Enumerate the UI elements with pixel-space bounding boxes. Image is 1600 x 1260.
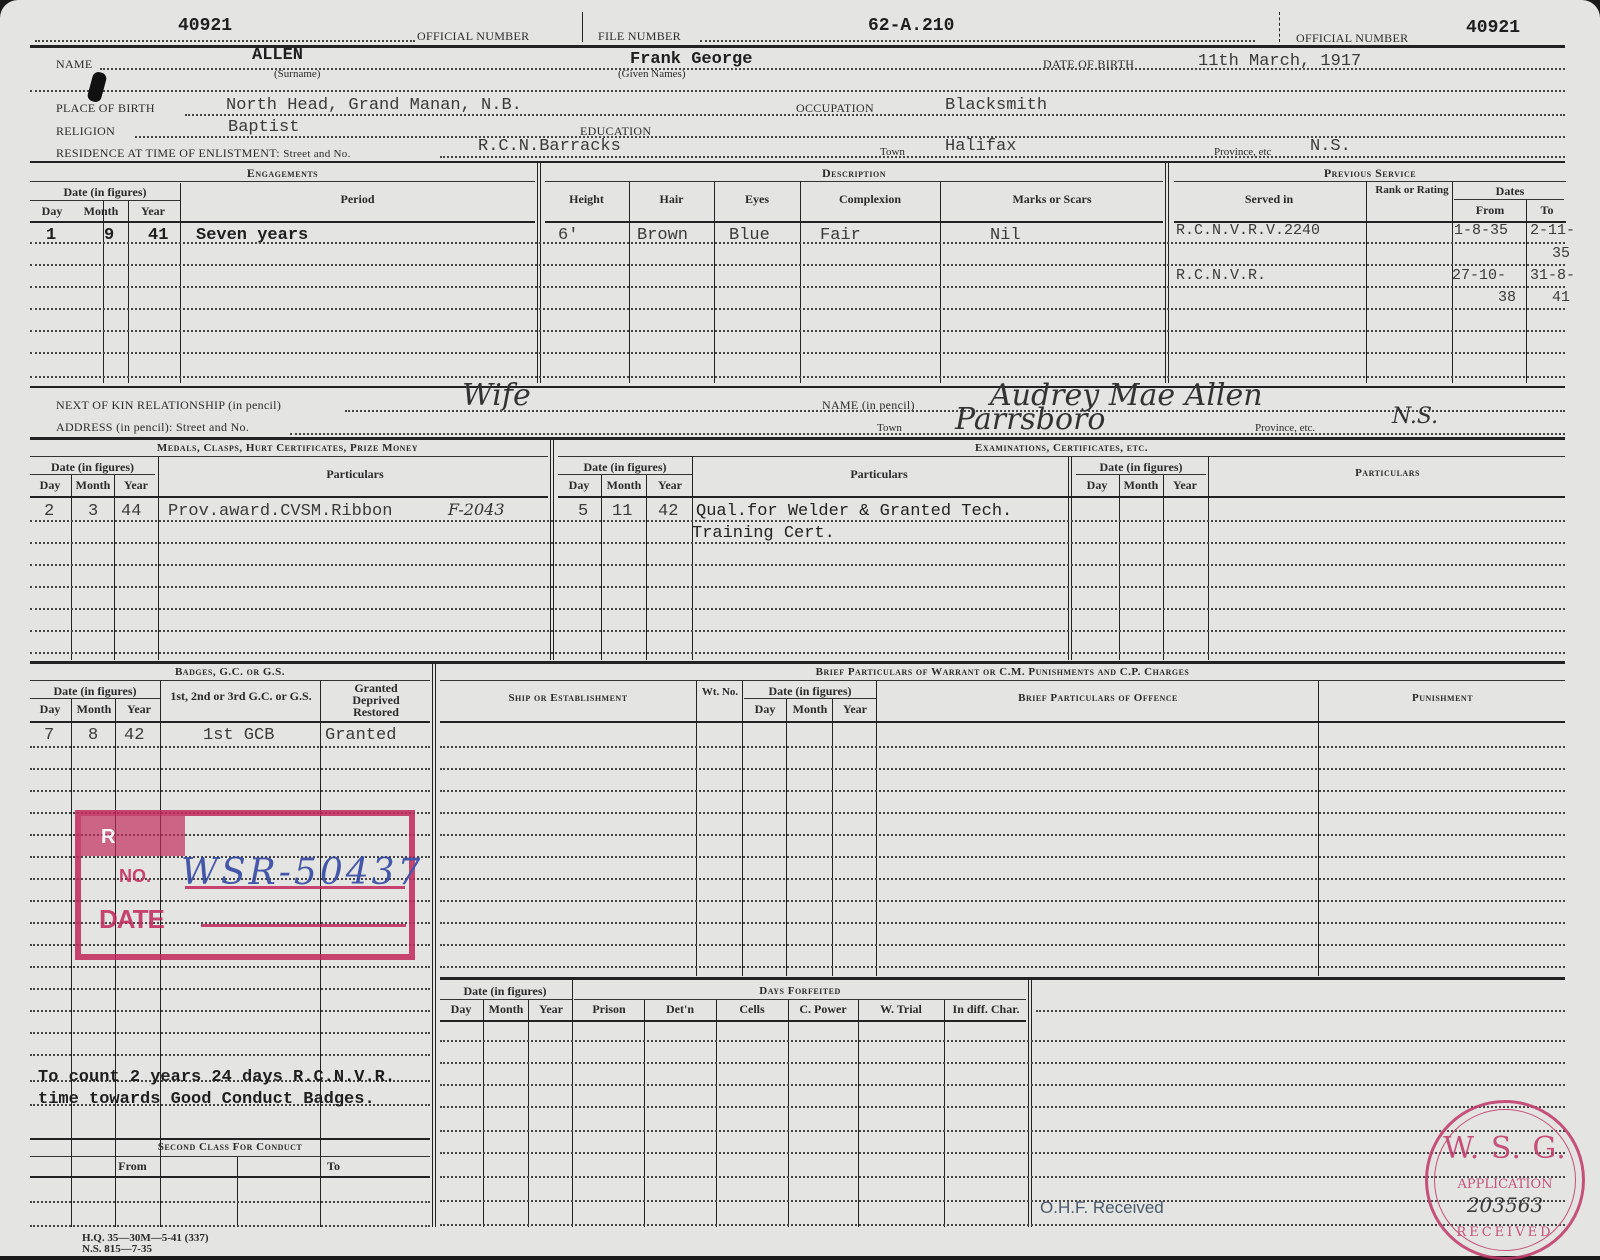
exam2-date-header: Date (in figures) (1076, 460, 1206, 475)
eyes-header: Eyes (715, 192, 799, 207)
nok-town: Parrsboro (955, 402, 1105, 437)
given-names: Frank George (630, 50, 752, 69)
medals-title: Medals, Clasps, Hurt Certificates, Prize… (30, 442, 545, 454)
medals-month-header: Month (72, 478, 114, 493)
medals-day: 2 (44, 502, 54, 521)
pun-year-header: Year (834, 702, 876, 717)
prev-from-1: 1-8-35 (1454, 222, 1508, 239)
exam-day-header: Day (558, 478, 600, 493)
exam-particulars-header: Particulars (694, 467, 1064, 482)
hair-header: Hair (630, 192, 713, 207)
exam-year-header: Year (648, 478, 692, 493)
complexion-header: Complexion (801, 192, 939, 207)
surname: ALLEN (252, 46, 303, 65)
rank-header: Rank or Rating (1372, 184, 1452, 196)
description-title: Description (545, 166, 1163, 181)
place-of-birth: North Head, Grand Manan, N.B. (226, 96, 522, 115)
stamp-label-date: DATE (99, 904, 164, 935)
served-in-header: Served in (1174, 192, 1364, 207)
street-label: Street and No. (283, 148, 350, 160)
red-record-stamp: R NO. DATE WSR-50437 (75, 810, 415, 960)
second-class-title: Second Class For Conduct (30, 1141, 430, 1153)
religion-label: RELIGION (56, 124, 115, 139)
stamp-label-no: NO. (119, 866, 151, 887)
offence-header: Brief Particulars of Offence (878, 692, 1318, 704)
pun-day-header: Day (744, 702, 786, 717)
second-class-from-header: From (30, 1159, 235, 1174)
badges-status: Granted (325, 726, 396, 745)
exam-month-header: Month (602, 478, 646, 493)
nok-address-label: ADDRESS (in pencil): Street and No. (56, 420, 249, 435)
service-record-card: 40921 OFFICIAL NUMBER FILE NUMBER 62-A.2… (0, 0, 1600, 1256)
prev-to-1b: 35 (1552, 245, 1570, 262)
wt-no-header: Wt. No. (698, 686, 742, 698)
wsg-stamp-title: W. S. G. (1428, 1131, 1582, 1166)
pun-date-header: Date (in figures) (744, 684, 876, 699)
badges-class: 1st GCB (203, 726, 274, 745)
residence-province: N.S. (1310, 137, 1351, 156)
prev-served-1: R.C.N.V.R. (1176, 222, 1266, 239)
punishments-title: Brief Particulars of Warrant or C.M. Pun… (440, 666, 1565, 678)
official-number-right: 40921 (1466, 18, 1520, 38)
exam-month: 11 (612, 502, 632, 521)
form-print-codes: H.Q. 35—30M—5-41 (337) N.S. 815—7-35 (82, 1233, 208, 1255)
official-number-left: 40921 (178, 16, 232, 36)
wsg-stamp-number: 203563 (1428, 1193, 1582, 1217)
prev-from-2b: 38 (1498, 289, 1516, 306)
to-header: To (1528, 203, 1566, 218)
exam-particulars-line1: Qual.for Welder & Granted Tech. (696, 502, 1012, 521)
pun-month-header: Month (788, 702, 832, 717)
badges-note-line2: time towards Good Conduct Badges. (38, 1090, 375, 1109)
medals-pencil-note: F-2043 (448, 500, 505, 519)
name-label: NAME (56, 57, 93, 72)
punch-mark (86, 71, 107, 104)
exam-particulars-line2: Training Cert. (692, 524, 835, 543)
pob-label: PLACE OF BIRTH (56, 101, 155, 116)
exam2-day-header: Day (1076, 478, 1118, 493)
eng-period-header: Period (180, 192, 535, 207)
exam2-particulars-header: Particulars (1210, 467, 1565, 479)
file-number-label: FILE NUMBER (598, 29, 681, 44)
file-number: 62-A.210 (868, 16, 954, 36)
badges-month-header: Month (72, 702, 116, 717)
eng-day-header: Day (30, 204, 74, 219)
medals-month: 3 (88, 502, 98, 521)
eng-date-header: Date (in figures) (30, 185, 180, 200)
prev-to-1: 2-11- (1530, 222, 1575, 239)
days-forfeited-title: Days Forfeited (574, 985, 1026, 997)
badges-year: 42 (124, 726, 144, 745)
second-class-to-header: To (237, 1159, 430, 1174)
nok-province: N.S. (1392, 404, 1438, 429)
dates-header: Dates (1454, 184, 1566, 199)
badges-note-line1: To count 2 years 24 days R.C.N.V.R. (38, 1068, 395, 1087)
residence-label: RESIDENCE AT TIME OF ENLISTMENT: Street … (56, 146, 351, 161)
medals-date-header: Date (in figures) (30, 460, 155, 475)
medals-day-header: Day (30, 478, 70, 493)
nok-relationship: Wife (462, 378, 531, 413)
residence-town: Halifax (945, 137, 1016, 156)
prev-service-no: V.2240 (1266, 222, 1320, 239)
exam-date-header: Date (in figures) (558, 460, 692, 475)
from-header: From (1454, 203, 1526, 218)
exam2-year-header: Year (1164, 478, 1206, 493)
marks-header: Marks or Scars (941, 192, 1163, 207)
nok-relationship-label: NEXT OF KIN RELATIONSHIP (in pencil) (56, 398, 281, 413)
examinations-title: Examinations, Certificates, etc. (558, 442, 1565, 454)
religion: Baptist (228, 118, 299, 137)
prev-to-2b: 41 (1552, 289, 1570, 306)
prev-to-2: 31-8- (1530, 267, 1575, 284)
badges-year-header: Year (118, 702, 160, 717)
exam2-month-header: Month (1120, 478, 1162, 493)
stamp-label-top: R (101, 826, 115, 849)
height-header: Height (545, 192, 628, 207)
badges-class-header: 1st, 2nd or 3rd G.C. or G.S. (164, 690, 318, 703)
official-number-label: OFFICIAL NUMBER (417, 29, 529, 44)
badges-title: Badges, G.C. or G.S. (30, 666, 430, 678)
ship-header: Ship or Establishment (440, 692, 696, 704)
medals-year: 44 (121, 502, 141, 521)
exam-year: 42 (658, 502, 678, 521)
badges-day-header: Day (30, 702, 70, 717)
residence-street: R.C.N.Barracks (478, 137, 621, 156)
official-number-right-label: OFFICIAL NUMBER (1296, 31, 1408, 46)
eng-month-header: Month (76, 204, 126, 219)
prev-service-1: R.C.N.V.R.V.2240 (1176, 222, 1320, 239)
badges-status-header: Granted Deprived Restored (341, 682, 411, 718)
badges-month: 8 (88, 726, 98, 745)
prev-served-2: R.C.N.V.R. (1176, 267, 1266, 284)
medals-year-header: Year (116, 478, 156, 493)
medals-particulars-header: Particulars (160, 467, 550, 482)
prev-from-2: 27-10- (1452, 267, 1506, 284)
engagements-title: Engagements (30, 166, 535, 181)
stamp-handwritten-number: WSR-50437 (181, 852, 423, 893)
previous-service-title: Previous Service (1174, 166, 1566, 181)
badges-day: 7 (44, 726, 54, 745)
residence-label-text: RESIDENCE AT TIME OF ENLISTMENT: (56, 146, 280, 160)
medals-particulars: Prov.award.CVSM.Ribbon (168, 502, 392, 521)
exam-day: 5 (578, 502, 588, 521)
punishment-header: Punishment (1320, 692, 1565, 704)
forfeit-date-header: Date (in figures) (440, 984, 570, 999)
wsg-stamp-received: RECEIVED (1428, 1225, 1582, 1240)
print-code-2: N.S. 815—7-35 (82, 1244, 208, 1255)
wsg-stamp-application: APPLICATION (1428, 1177, 1582, 1192)
ohf-received-stamp: O.H.F. Received (1040, 1198, 1164, 1218)
badges-date-header: Date (in figures) (30, 684, 160, 699)
occupation: Blacksmith (945, 96, 1047, 115)
eng-year-header: Year (128, 204, 178, 219)
wsg-application-stamp: W. S. G. APPLICATION 203563 RECEIVED (1425, 1100, 1585, 1256)
